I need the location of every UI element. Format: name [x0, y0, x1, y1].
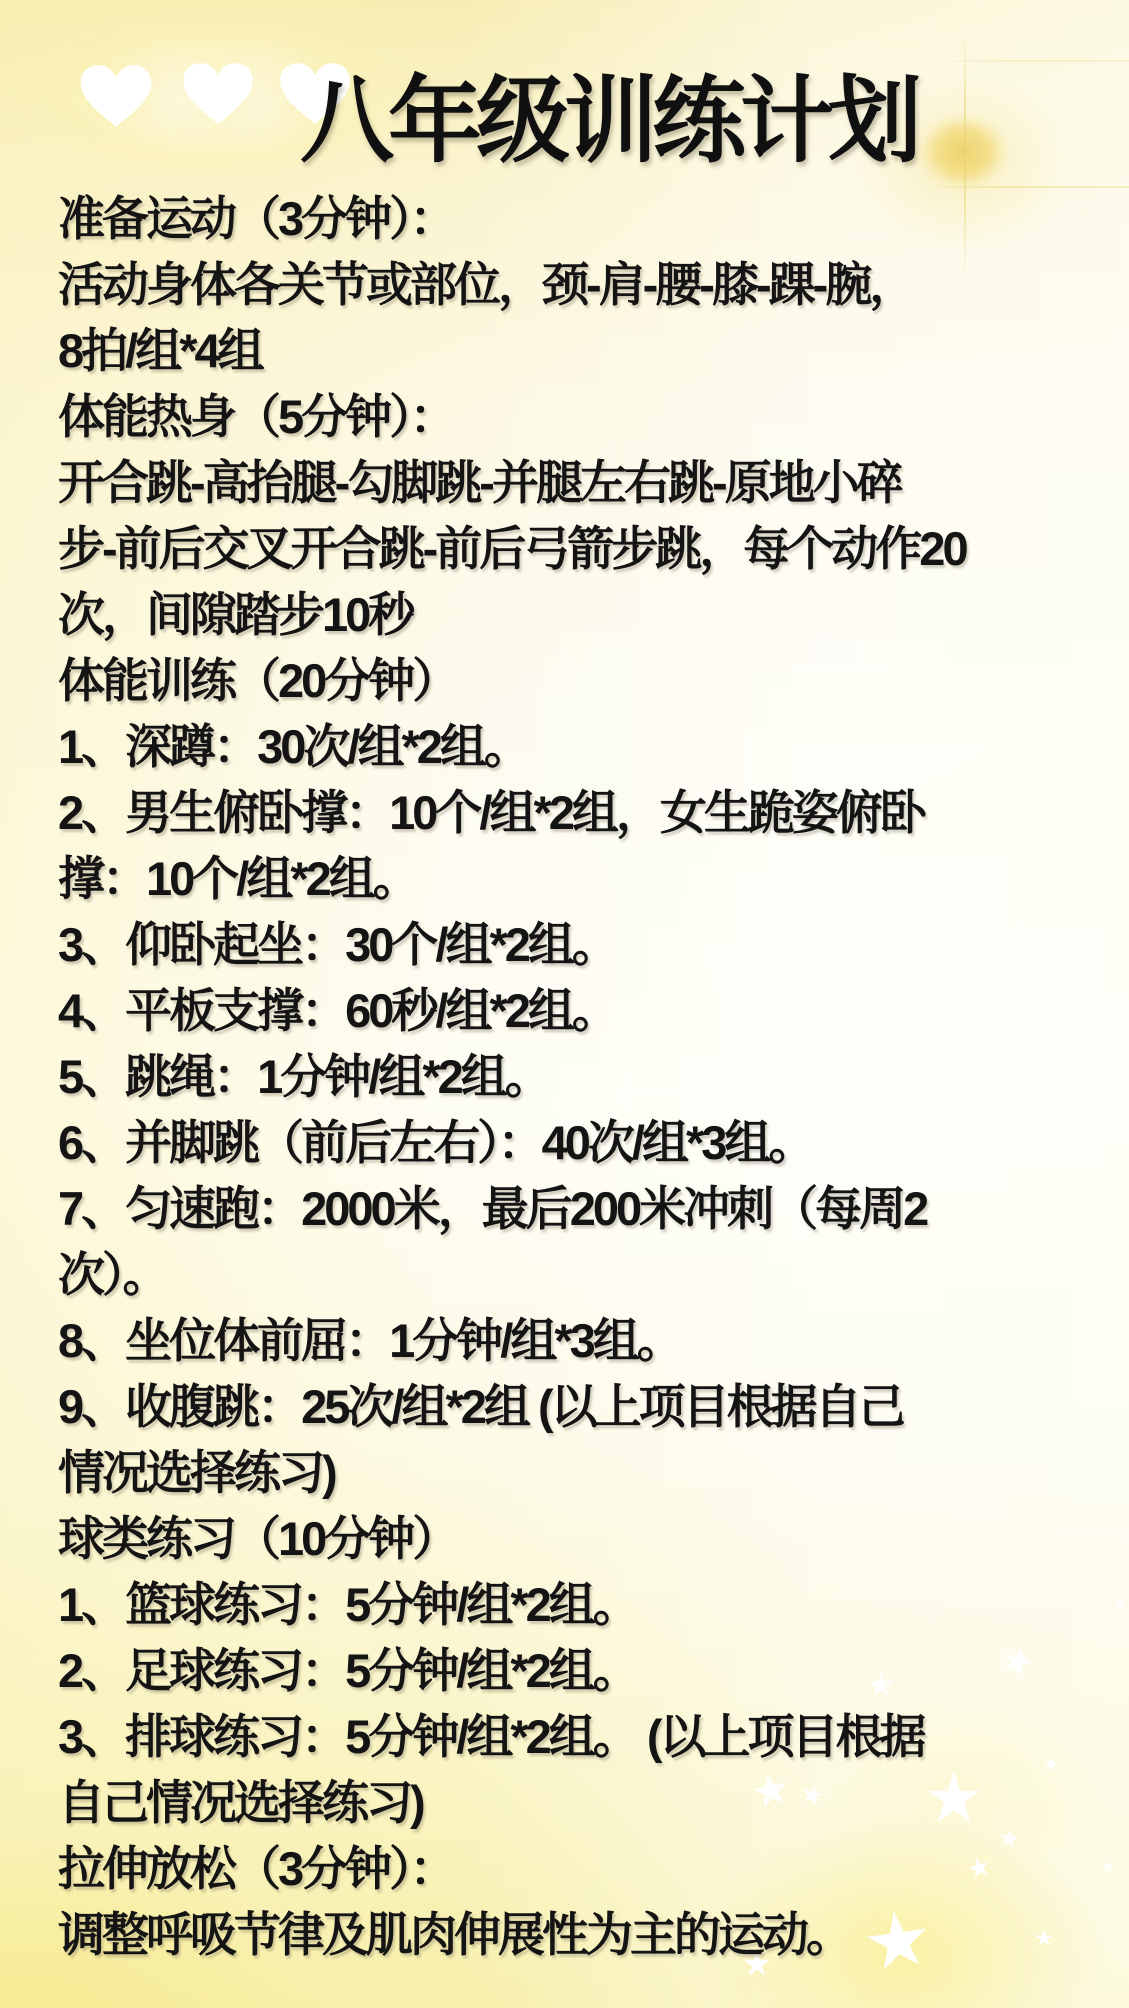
- section-heading: 准备运动（3分钟）：: [58, 186, 1123, 252]
- plan-line: 1、深蹲：30次/组*2组。: [58, 714, 1123, 780]
- plan-line: 5、跳绳：1分钟/组*2组。: [58, 1044, 1123, 1110]
- section-heading: 球类练习（10分钟）: [58, 1506, 1123, 1572]
- plan-line: 2、足球练习：5分钟/组*2组。: [58, 1638, 1123, 1704]
- plan-line: 活动身体各关节或部位，颈-肩-腰-膝-踝-腕，: [58, 252, 1123, 318]
- heart-icon: [183, 62, 253, 125]
- section-heading: 拉伸放松（3分钟）：: [58, 1836, 1123, 1902]
- section-heading: 体能训练（20分钟）: [58, 648, 1123, 714]
- plan-line: 4、平板支撑：60秒/组*2组。: [58, 978, 1123, 1044]
- plan-line: 7、匀速跑：2000米，最后200米冲刺（每周2: [58, 1176, 1123, 1242]
- plan-line: 9、收腹跳：25次/组*2组 (以上项目根据自己: [58, 1374, 1123, 1440]
- plan-line: 3、排球练习：5分钟/组*2组。 (以上项目根据: [58, 1704, 1123, 1770]
- page-title: 八年级训练计划: [300, 74, 916, 168]
- heart-icon: [80, 64, 152, 128]
- plan-line: 自己情况选择练习): [58, 1770, 1123, 1836]
- plan-line: 6、并脚跳（前后左右）：40次/组*3组。: [58, 1110, 1123, 1176]
- plan-line: 1、篮球练习：5分钟/组*2组。: [58, 1572, 1123, 1638]
- plan-line: 次，间隙踏步10秒: [58, 582, 1123, 648]
- plan-line: 次）。: [58, 1242, 1123, 1308]
- plan-text: 准备运动（3分钟）：活动身体各关节或部位，颈-肩-腰-膝-踝-腕，8拍/组*4组…: [58, 186, 1123, 1968]
- plan-line: 撑：10个/组*2组。: [58, 846, 1123, 912]
- plan-line: 2、男生俯卧撑：10个/组*2组，女生跪姿俯卧: [58, 780, 1123, 846]
- section-heading: 体能热身（5分钟）：: [58, 384, 1123, 450]
- plan-line: 8、坐位体前屈：1分钟/组*3组。: [58, 1308, 1123, 1374]
- plan-line: 步-前后交叉开合跳-前后弓箭步跳，每个动作20: [58, 516, 1123, 582]
- plan-line: 3、仰卧起坐：30个/组*2组。: [58, 912, 1123, 978]
- plan-line: 情况选择练习): [58, 1440, 1123, 1506]
- plan-line: 开合跳-高抬腿-勾脚跳-并腿左右跳-原地小碎: [58, 450, 1123, 516]
- plan-line: 8拍/组*4组: [58, 318, 1123, 384]
- plan-line: 调整呼吸节律及肌肉伸展性为主的运动。: [58, 1902, 1123, 1968]
